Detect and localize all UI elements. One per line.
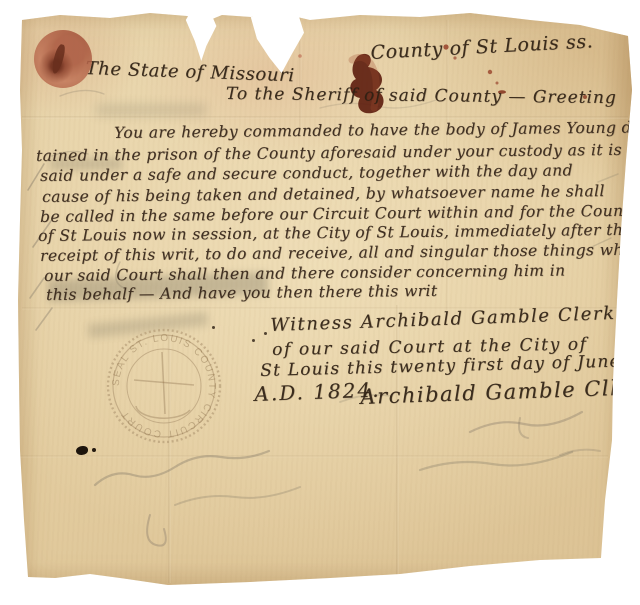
header-salutation: To the Sheriff of said County — Greeting: [226, 84, 617, 108]
ink-speck: [212, 326, 215, 329]
wax-seal-remnant: [34, 30, 92, 88]
paper-sheet: SEAL ST. LOUIS COUNTY CIRCUIT COURT Coun…: [0, 0, 640, 605]
scanned-document: SEAL ST. LOUIS COUNTY CIRCUIT COURT Coun…: [0, 0, 640, 605]
ink-speck: [264, 332, 267, 335]
ink-speck: [252, 339, 255, 342]
